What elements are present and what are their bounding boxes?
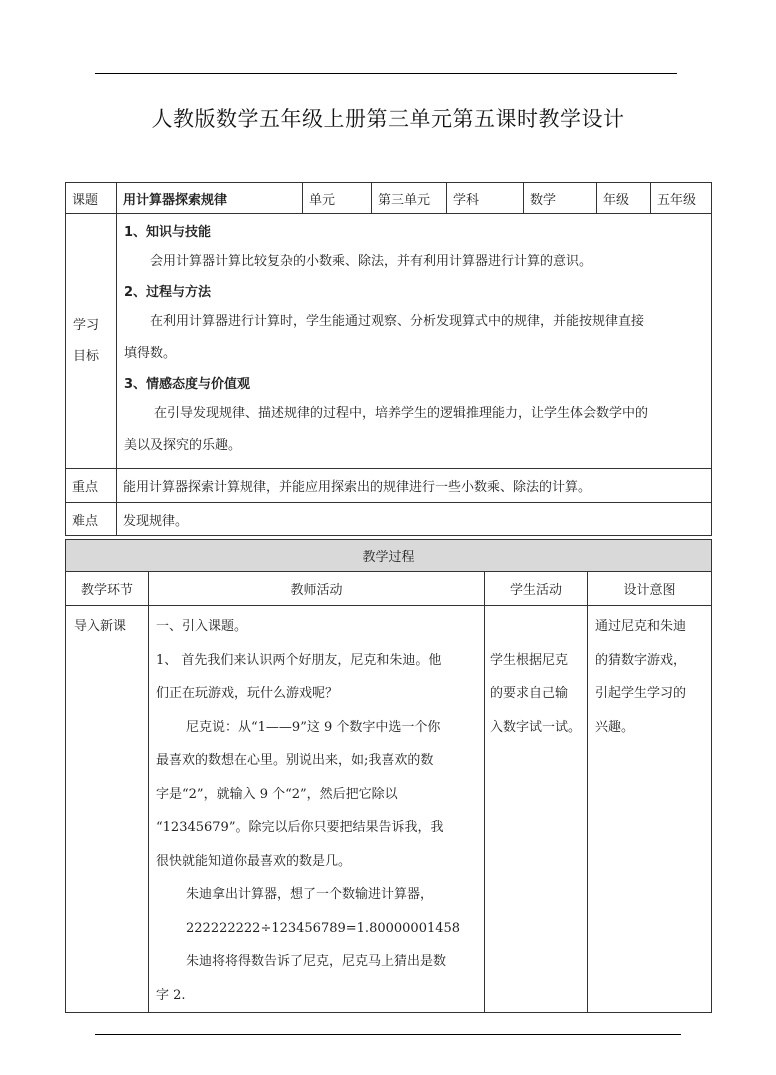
footer-rule (95, 1034, 681, 1035)
topic-label: 课题 (66, 183, 117, 214)
goal-text: 美以及探究的乐趣。 (124, 430, 705, 462)
goal-text: 在引导发现规律、描述规律的过程中，培养学生的逻辑推理能力，让学生体会数学中的 (124, 398, 705, 430)
header-design-intent: 设计意图 (588, 572, 712, 606)
teacher-line: 一、引入课题。 (156, 610, 478, 644)
info-row: 课题 用计算器探索规律 单元 第三单元 学科 数学 年级 五年级 (66, 183, 712, 214)
intent-line: 通过尼克和朱迪 (595, 610, 705, 644)
document-title: 人教版数学五年级上册第三单元第五课时教学设计 (0, 103, 776, 133)
teacher-activity-cell: 一、引入课题。 1、 首先我们来认识两个好朋友，尼克和朱迪。他 们正在玩游戏，玩… (149, 606, 485, 1013)
intent-line: 引起学生学习的 (595, 677, 705, 711)
teacher-line: 们正在玩游戏，玩什么游戏呢？ (156, 677, 478, 711)
subject-value: 数学 (524, 183, 597, 214)
intent-line: 的猜数字游戏， (595, 644, 705, 678)
key-point-row: 重点 能用计算器探索计算规律，并能应用探索出的规律进行一些小数乘、除法的计算。 (66, 469, 712, 503)
teaching-process-table: 教学过程 教学环节 教师活动 学生活动 设计意图 导入新课 一、引入课题。 1、… (65, 539, 712, 1013)
goals-content: 1、知识与技能 会用计算器计算比较复杂的小数乘、除法，并有利用计算器进行计算的意… (117, 214, 712, 469)
teacher-line: 最喜欢的数想在心里。别说出来，如;我喜欢的数 (156, 744, 478, 778)
difficulty-label: 难点 (66, 503, 117, 536)
difficulty-row: 难点 发现规律。 (66, 503, 712, 536)
goals-row: 学习 目标 1、知识与技能 会用计算器计算比较复杂的小数乘、除法，并有利用计算器… (66, 214, 712, 469)
grade-value: 五年级 (651, 183, 712, 214)
process-header-row: 教学环节 教师活动 学生活动 设计意图 (66, 572, 712, 606)
process-section-title: 教学过程 (66, 540, 712, 572)
goal-heading-emotion: 3、情感态度与价值观 (124, 372, 705, 398)
grade-label: 年级 (597, 183, 651, 214)
header-stage: 教学环节 (66, 572, 149, 606)
student-activity-cell: 学生根据尼克 的要求自己输 入数字试一试。 (485, 606, 588, 1013)
difficulty-value: 发现规律。 (117, 503, 712, 536)
teacher-line: 1、 首先我们来认识两个好朋友，尼克和朱迪。他 (156, 644, 478, 678)
goal-heading-process: 2、过程与方法 (124, 280, 705, 306)
teacher-line: 尼克说：从“1——9”这 9 个数字中选一个你 (156, 711, 478, 745)
stage-cell: 导入新课 (66, 606, 149, 1013)
unit-label: 单元 (303, 183, 372, 214)
teacher-line: 字 2. (156, 979, 478, 1013)
goals-label: 学习 目标 (66, 214, 117, 469)
teacher-line-equation: 222222222÷123456789=1.80000001458 (156, 912, 478, 946)
topic-value: 用计算器探索规律 (117, 183, 303, 214)
subject-label: 学科 (447, 183, 524, 214)
goal-heading-knowledge: 1、知识与技能 (124, 220, 705, 246)
process-row: 导入新课 一、引入课题。 1、 首先我们来认识两个好朋友，尼克和朱迪。他 们正在… (66, 606, 712, 1013)
teacher-line: 字是“2”，就输入 9 个“2”，然后把它除以 (156, 778, 478, 812)
lesson-info-table: 课题 用计算器探索规律 单元 第三单元 学科 数学 年级 五年级 学习 目标 1… (65, 182, 712, 536)
header-rule (95, 73, 677, 74)
goal-text: 在利用计算器进行计算时，学生能通过观察、分析发现算式中的规律，并能按规律直接 (124, 306, 705, 338)
unit-value: 第三单元 (372, 183, 447, 214)
student-line: 的要求自己输 (490, 677, 585, 711)
process-title-row: 教学过程 (66, 540, 712, 572)
teacher-line: 朱迪将将得数告诉了尼克，尼克马上猜出是数 (156, 945, 478, 979)
goal-text: 会用计算器计算比较复杂的小数乘、除法，并有利用计算器进行计算的意识。 (124, 246, 705, 278)
key-point-label: 重点 (66, 469, 117, 503)
intent-line: 兴趣。 (595, 711, 705, 745)
header-student-activity: 学生活动 (485, 572, 588, 606)
goals-label-line1: 学习 (73, 310, 110, 341)
header-teacher-activity: 教师活动 (149, 572, 485, 606)
design-intent-cell: 通过尼克和朱迪 的猜数字游戏， 引起学生学习的 兴趣。 (588, 606, 712, 1013)
key-point-value: 能用计算器探索计算规律，并能应用探索出的规律进行一些小数乘、除法的计算。 (117, 469, 712, 503)
teacher-line: 朱迪拿出计算器，想了一个数输进计算器， (156, 878, 478, 912)
stage-name: 导入新课 (74, 610, 142, 644)
goal-text: 填得数。 (124, 338, 705, 370)
student-line: 学生根据尼克 (490, 644, 585, 678)
student-line: 入数字试一试。 (490, 711, 585, 745)
teacher-line: 很快就能知道你最喜欢的数是几。 (156, 845, 478, 879)
goals-label-line2: 目标 (73, 341, 110, 372)
teacher-line: “12345679”。除完以后你只要把结果告诉我，我 (156, 811, 478, 845)
